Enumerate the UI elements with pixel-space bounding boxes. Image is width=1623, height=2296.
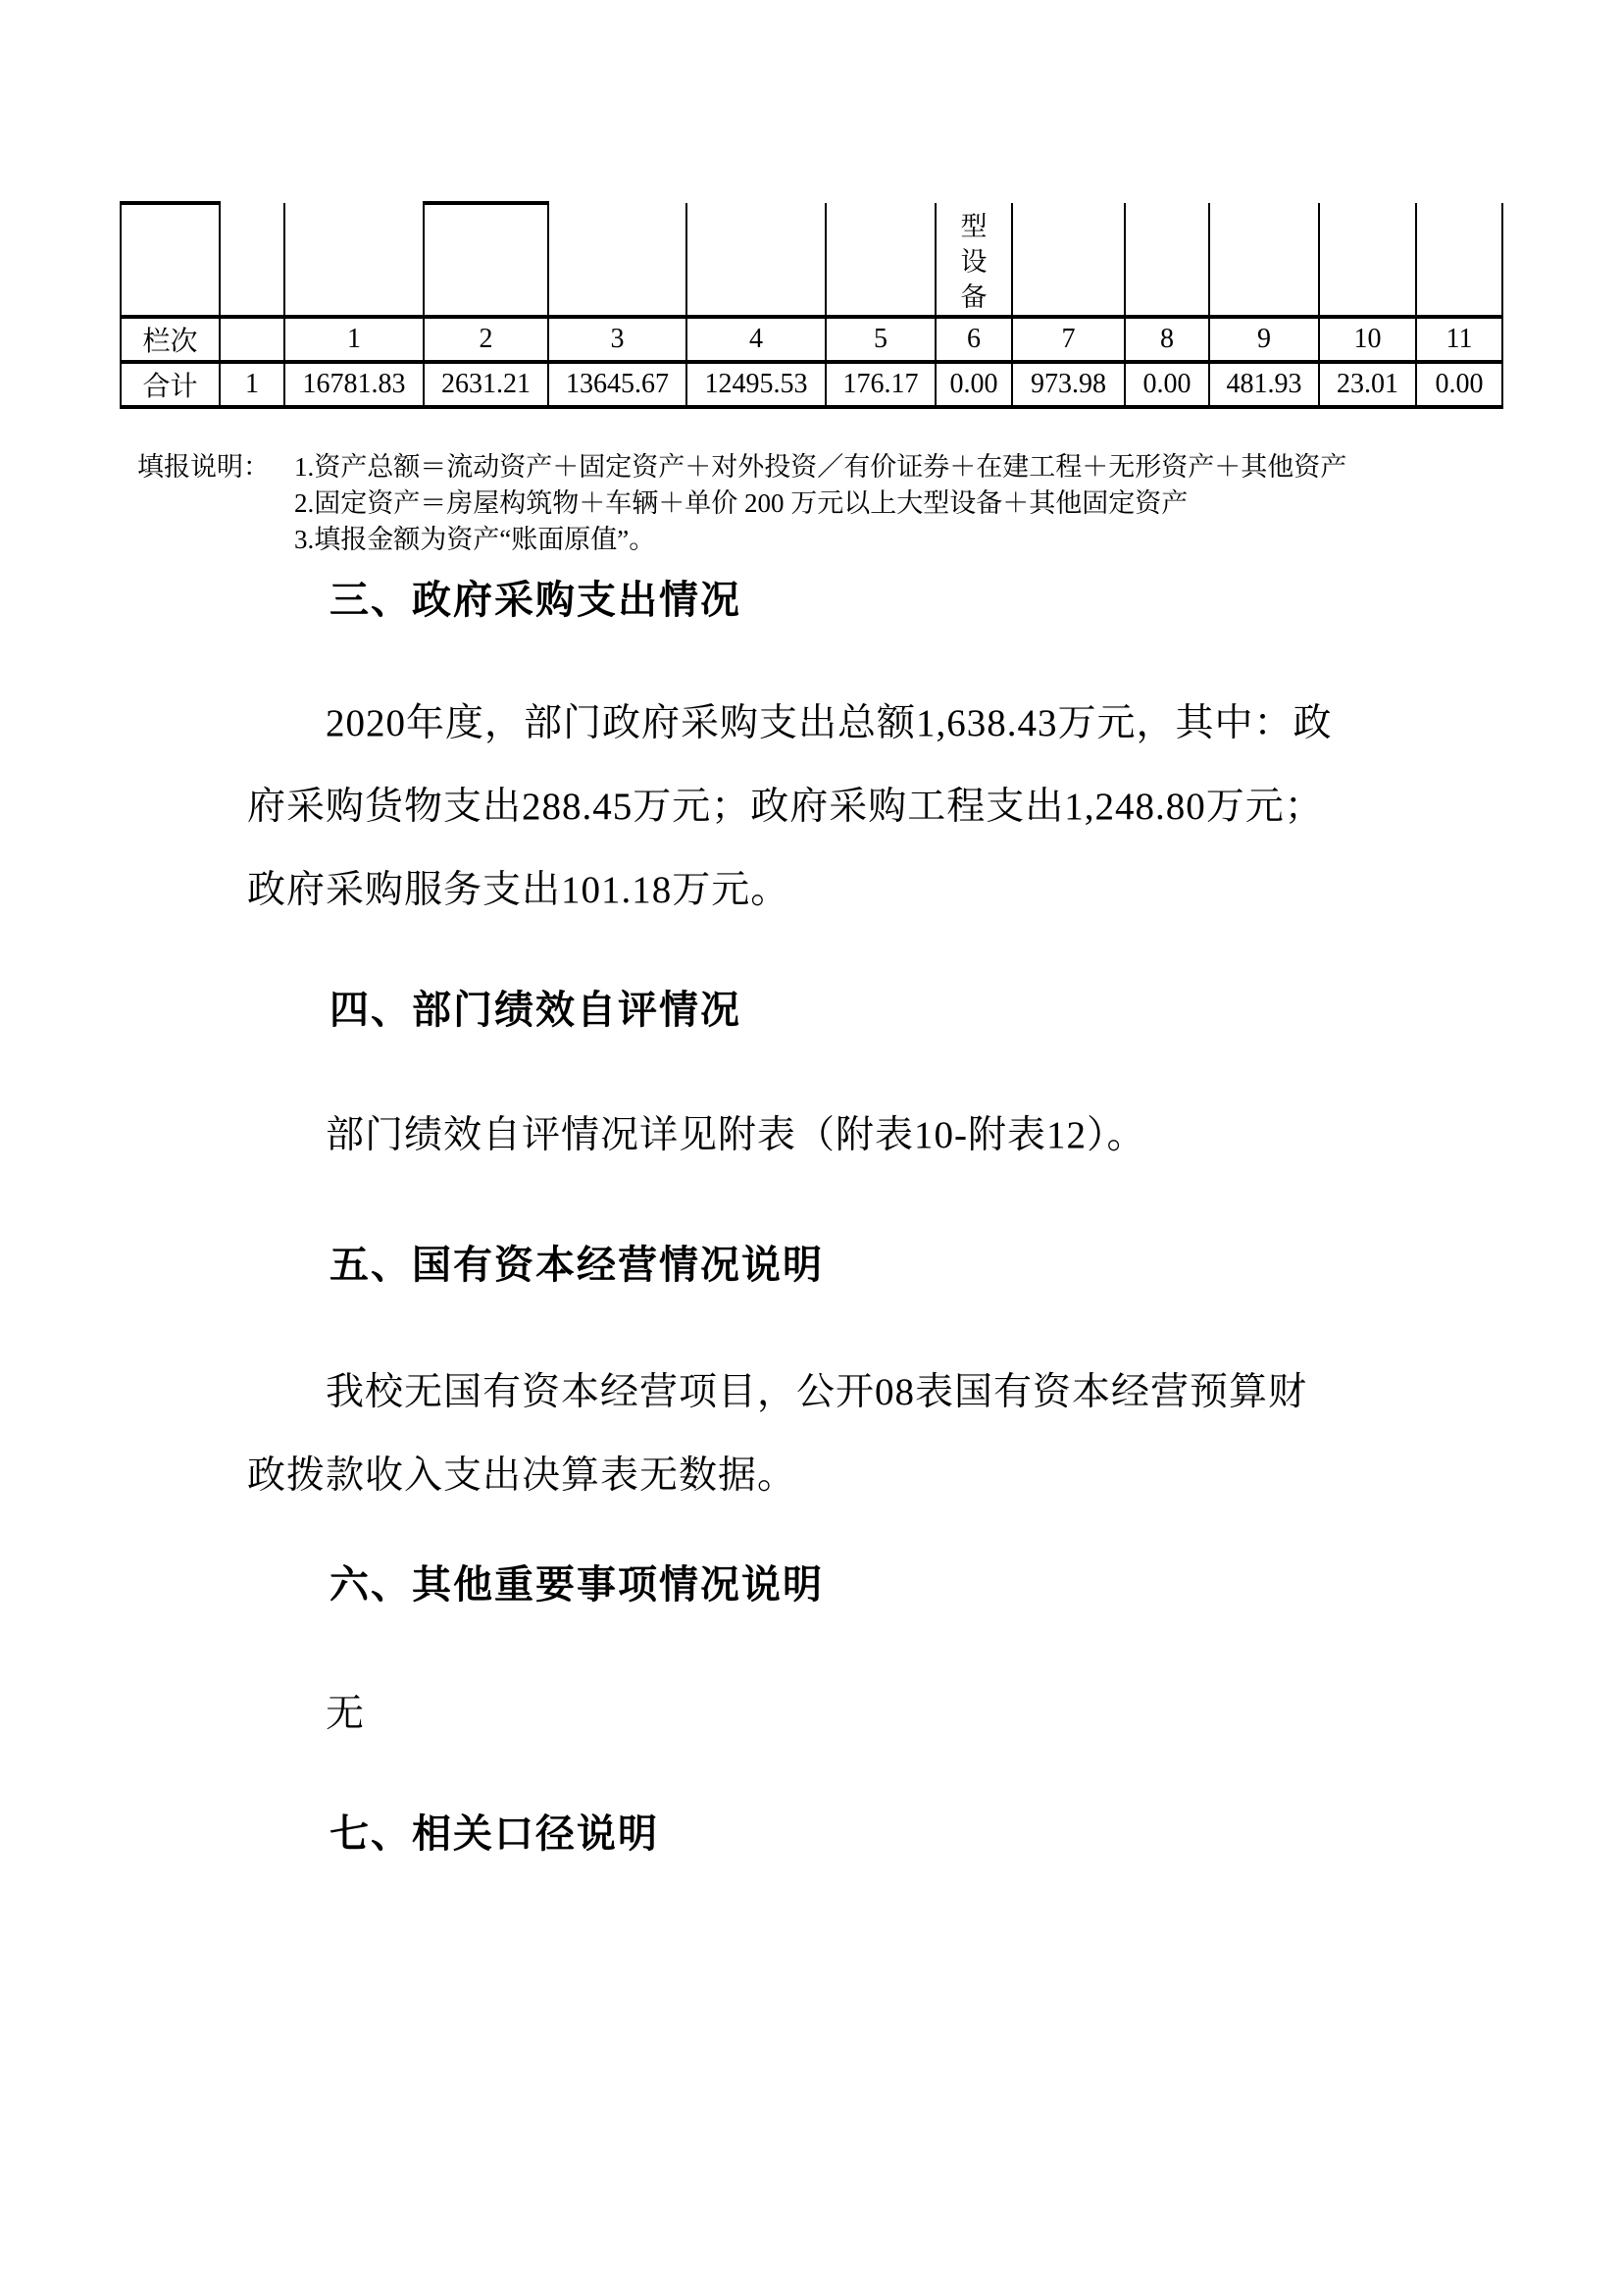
row-label-cell: 合计 — [121, 362, 220, 407]
paragraph-line: 部门绩效自评情况详见附表（附表10-附表12）。 — [247, 1094, 1483, 1177]
row-label-cell: 栏次 — [121, 317, 220, 362]
paragraph-line: 无 — [247, 1672, 1483, 1756]
section-paragraph-3: 2020年度，部门政府采购支出总额1,638.43万元，其中：政 府采购货物支出… — [247, 682, 1483, 932]
section-heading-5: 五、国有资本经营情况说明 — [330, 1246, 824, 1285]
table-cell: 型设备 — [936, 203, 1012, 317]
table-cell: 16781.83 — [284, 362, 424, 407]
assets-table: 型设备 栏次 1 2 3 4 5 6 7 8 9 10 — [120, 201, 1503, 409]
paragraph-line: 政拨款收入支出决算表无数据。 — [247, 1434, 1483, 1517]
note-line: 1.资产总额＝流动资产＋固定资产＋对外投资／有价证券＋在建工程＋无形资产＋其他资… — [294, 449, 1623, 485]
table-cell: 0.00 — [1125, 362, 1209, 407]
table-cell: 2631.21 — [424, 362, 548, 407]
table-cell: 4 — [686, 317, 826, 362]
paragraph-line: 2020年度，部门政府采购支出总额1,638.43万元，其中：政 — [247, 682, 1483, 765]
table-cell: 13645.67 — [548, 362, 686, 407]
table-cell — [1125, 203, 1209, 317]
paragraph-line: 政府采购服务支出101.18万元。 — [247, 848, 1483, 932]
table-cell — [548, 203, 686, 317]
section-heading-3: 三、政府采购支出情况 — [330, 581, 741, 620]
table-cell — [826, 203, 936, 317]
section-paragraph-5: 我校无国有资本经营项目，公开08表国有资本经营预算财 政拨款收入支出决算表无数据… — [247, 1351, 1483, 1517]
table-cell: 6 — [936, 317, 1012, 362]
table-cell — [121, 203, 220, 317]
section-paragraph-4: 部门绩效自评情况详见附表（附表10-附表12）。 — [247, 1094, 1483, 1177]
table-cell: 0.00 — [936, 362, 1012, 407]
vertical-header-text: 型设备 — [959, 209, 989, 315]
table-cell: 973.98 — [1012, 362, 1125, 407]
notes-label: 填报说明： — [137, 449, 270, 485]
table-cell — [220, 317, 284, 362]
paragraph-line: 我校无国有资本经营项目，公开08表国有资本经营预算财 — [247, 1351, 1483, 1434]
document-page: 型设备 栏次 1 2 3 4 5 6 7 8 9 10 — [0, 0, 1623, 2296]
note-line: 3.填报金额为资产“账面原值”。 — [294, 522, 1623, 558]
section-heading-7: 七、相关口径说明 — [330, 1814, 659, 1854]
table-cell — [284, 203, 424, 317]
table-cell: 481.93 — [1209, 362, 1319, 407]
table-cell: 7 — [1012, 317, 1125, 362]
section-heading-4: 四、部门绩效自评情况 — [330, 991, 741, 1030]
table-cell: 23.01 — [1319, 362, 1416, 407]
table-cell — [1319, 203, 1416, 317]
note-line: 2.固定资产＝房屋构筑物＋车辆＋单价 200 万元以上大型设备＋其他固定资产 — [294, 485, 1623, 522]
total-row: 合计 1 16781.83 2631.21 13645.67 12495.53 … — [121, 362, 1502, 407]
table-cell — [1012, 203, 1125, 317]
column-index-row: 栏次 1 2 3 4 5 6 7 8 9 10 11 — [121, 317, 1502, 362]
table-cell: 176.17 — [826, 362, 936, 407]
table-cell: 10 — [1319, 317, 1416, 362]
table-cell: 3 — [548, 317, 686, 362]
table-continuation-row: 型设备 — [121, 203, 1502, 317]
notes-items: 1.资产总额＝流动资产＋固定资产＋对外投资／有价证券＋在建工程＋无形资产＋其他资… — [294, 449, 1623, 558]
table-cell: 0.00 — [1416, 362, 1502, 407]
table-cell — [1209, 203, 1319, 317]
table-cell: 11 — [1416, 317, 1502, 362]
table-cell — [220, 203, 284, 317]
section-heading-6: 六、其他重要事项情况说明 — [330, 1565, 824, 1605]
table-cell: 8 — [1125, 317, 1209, 362]
table-cell: 5 — [826, 317, 936, 362]
assets-table-wrap: 型设备 栏次 1 2 3 4 5 6 7 8 9 10 — [120, 201, 1503, 409]
table-cell — [424, 203, 548, 317]
table-cell: 12495.53 — [686, 362, 826, 407]
fill-in-notes: 填报说明： 1.资产总额＝流动资产＋固定资产＋对外投资／有价证券＋在建工程＋无形… — [0, 449, 1623, 558]
table-cell: 9 — [1209, 317, 1319, 362]
table-cell: 2 — [424, 317, 548, 362]
table-cell — [686, 203, 826, 317]
section-paragraph-6: 无 — [247, 1672, 1483, 1756]
table-cell — [1416, 203, 1502, 317]
table-cell: 1 — [284, 317, 424, 362]
table-cell: 1 — [220, 362, 284, 407]
paragraph-line: 府采购货物支出288.45万元；政府采购工程支出1,248.80万元； — [247, 765, 1483, 848]
